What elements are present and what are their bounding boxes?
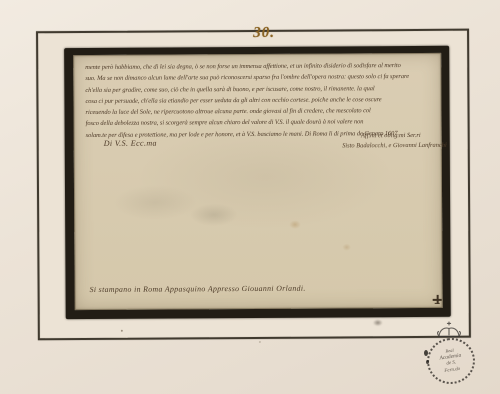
paper-speck <box>259 341 261 343</box>
print-plate: mente però habbiamo, che di lei sia degn… <box>64 46 451 319</box>
closing-valediction: Aff.mi et oblig.mi Ser.ri <box>274 132 421 140</box>
stamp-text: Fern.do <box>444 366 461 375</box>
ink-smudge <box>373 319 383 326</box>
paper-speck <box>121 330 123 332</box>
crown-icon <box>433 321 465 339</box>
stamp-cachet: Real Academia de S. Fern.do <box>424 335 478 387</box>
stamp-ink-blot <box>426 360 429 364</box>
page-number: 30. <box>242 25 286 42</box>
closing-salutation: Di V.S. Ecc.ma <box>104 139 157 148</box>
stamp-ink-blot <box>424 350 428 356</box>
manuscript-line: suo. Ma se non dimanco alcun lume dell'a… <box>85 71 449 85</box>
publisher-imprint: Si stampano in Roma Appasquino Appresso … <box>90 284 306 294</box>
collection-stamp: Real Academia de S. Fern.do <box>420 318 484 388</box>
cross-mark-icon <box>433 295 442 304</box>
plate-paper: mente però habbiamo, che di lei sia degn… <box>73 53 443 310</box>
dedication-text-block: mente però habbiamo, che di lei sia degn… <box>85 60 449 141</box>
signature: Sisto Badalocchi, e Giovanni Lanfranchi <box>254 142 447 150</box>
